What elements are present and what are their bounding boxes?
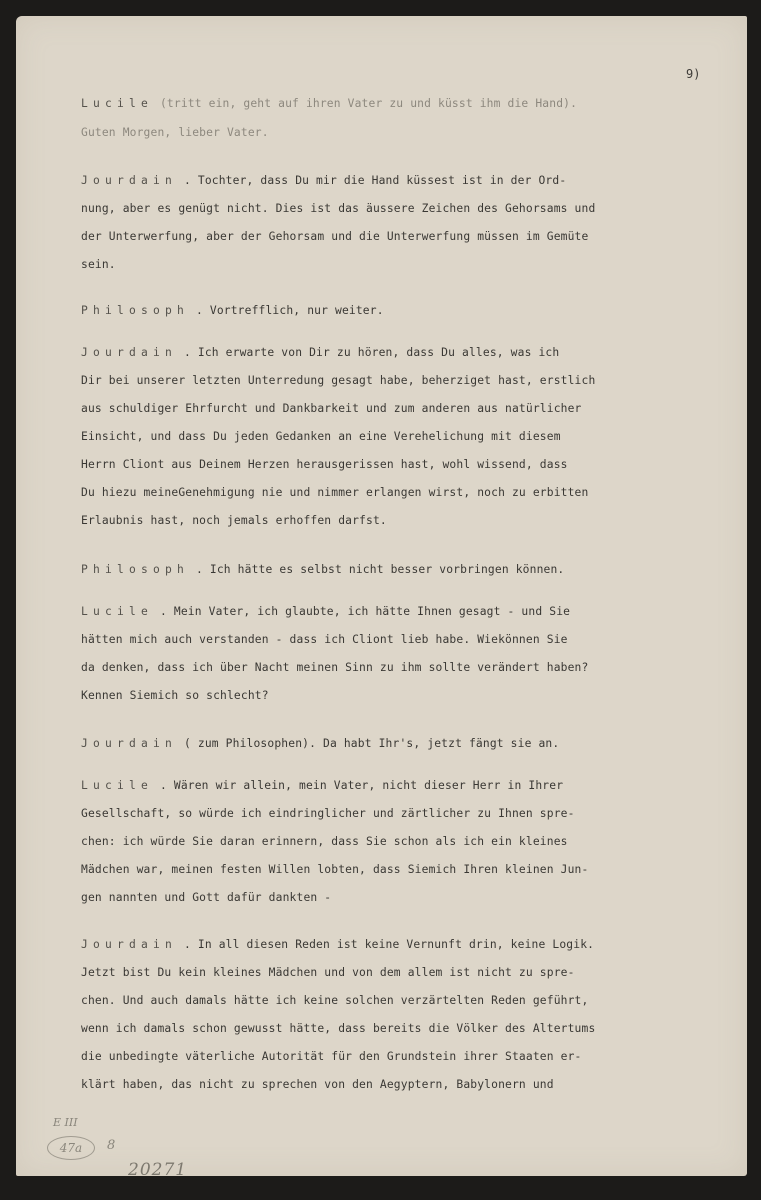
text-line: der Unterwerfung, aber der Gehorsam und … — [81, 229, 588, 245]
text-line: nung, aber es genügt nicht. Dies ist das… — [81, 201, 595, 217]
speaker-name: Jourdain — [81, 938, 177, 951]
speaker-name: Lucile — [81, 779, 153, 792]
text-line: Erlaubnis hast, noch jemals erhoffen dar… — [81, 513, 387, 529]
line-text: wenn ich damals schon gewusst hätte, das… — [81, 1022, 595, 1035]
speech-line: Jourdain . Ich erwarte von Dir zu hören,… — [81, 345, 559, 361]
text-line: Einsicht, und dass Du jeden Gedanken an … — [81, 429, 561, 445]
text-line: Herrn Cliont aus Deinem Herzen herausger… — [81, 457, 568, 473]
speaker-name: Philosoph — [81, 304, 189, 317]
handwritten-inventory-number: 20271 — [128, 1160, 187, 1180]
line-text: Jetzt bist Du kein kleines Mädchen und v… — [81, 966, 575, 979]
line-text: Kennen Siemich so schlecht? — [81, 689, 269, 702]
text-line: chen: ich würde Sie daran erinnern, dass… — [81, 834, 568, 850]
line-text: chen. Und auch damals hätte ich keine so… — [81, 994, 588, 1007]
line-text: sein. — [81, 258, 116, 271]
line-text: . Tochter, dass Du mir die Hand küssest … — [177, 174, 566, 187]
text-line: Mädchen war, meinen festen Willen lobten… — [81, 862, 588, 878]
text-line: hätten mich auch verstanden - dass ich C… — [81, 632, 568, 648]
handwritten-circled-annotation: 47a — [47, 1136, 95, 1160]
speech-line: Jourdain . In all diesen Reden ist keine… — [81, 937, 594, 953]
speaker-name: Jourdain — [81, 737, 177, 750]
line-text: Dir bei unserer letzten Unterredung gesa… — [81, 374, 595, 387]
page-number: 9) — [686, 67, 700, 81]
text-line: Guten Morgen, lieber Vater. — [81, 125, 269, 141]
line-text: . In all diesen Reden ist keine Vernunft… — [177, 938, 594, 951]
line-text: aus schuldiger Ehrfurcht und Dankbarkeit… — [81, 402, 582, 415]
line-text: da denken, dass ich über Nacht meinen Si… — [81, 661, 588, 674]
line-text: . Wären wir allein, mein Vater, nicht di… — [153, 779, 563, 792]
speech-line: Lucile . Mein Vater, ich glaubte, ich hä… — [81, 604, 570, 620]
line-text: Gesellschaft, so würde ich eindringliche… — [81, 807, 575, 820]
line-text: Herrn Cliont aus Deinem Herzen herausger… — [81, 458, 568, 471]
line-text: chen: ich würde Sie daran erinnern, dass… — [81, 835, 568, 848]
text-line: Dir bei unserer letzten Unterredung gesa… — [81, 373, 595, 389]
line-text: (tritt ein, geht auf ihren Vater zu und … — [153, 97, 577, 110]
text-line: sein. — [81, 257, 116, 273]
text-line: die unbedingte väterliche Autorität für … — [81, 1049, 582, 1065]
line-text: klärt haben, das nicht zu sprechen von d… — [81, 1078, 554, 1091]
text-line: klärt haben, das nicht zu sprechen von d… — [81, 1077, 554, 1093]
speaker-name: Lucile — [81, 97, 153, 110]
speaker-name: Lucile — [81, 605, 153, 618]
text-line: Jetzt bist Du kein kleines Mädchen und v… — [81, 965, 575, 981]
line-text: ( zum Philosophen). Da habt Ihr's, jetzt… — [177, 737, 559, 750]
handwritten-folio-annotation: 8 — [107, 1138, 115, 1153]
line-text: . Ich erwarte von Dir zu hören, dass Du … — [177, 346, 559, 359]
speaker-name: Jourdain — [81, 346, 177, 359]
handwritten-roman-annotation: E III — [53, 1116, 78, 1129]
text-line: gen nannten und Gott dafür dankten - — [81, 890, 331, 906]
text-line: aus schuldiger Ehrfurcht und Dankbarkeit… — [81, 401, 582, 417]
line-text: . Vortrefflich, nur weiter. — [189, 304, 384, 317]
line-text: die unbedingte väterliche Autorität für … — [81, 1050, 582, 1063]
line-text: . Mein Vater, ich glaubte, ich hätte Ihn… — [153, 605, 570, 618]
speech-line: Jourdain ( zum Philosophen). Da habt Ihr… — [81, 736, 559, 752]
text-line: wenn ich damals schon gewusst hätte, das… — [81, 1021, 595, 1037]
text-line: Gesellschaft, so würde ich eindringliche… — [81, 806, 575, 822]
line-text: Du hiezu meineGenehmigung nie und nimmer… — [81, 486, 588, 499]
line-text: . Ich hätte es selbst nicht besser vorbr… — [189, 563, 564, 576]
line-text: Erlaubnis hast, noch jemals erhoffen dar… — [81, 514, 387, 527]
speech-line: Philosoph . Vortrefflich, nur weiter. — [81, 303, 384, 319]
line-text: Mädchen war, meinen festen Willen lobten… — [81, 863, 588, 876]
line-text: gen nannten und Gott dafür dankten - — [81, 891, 331, 904]
text-line: chen. Und auch damals hätte ich keine so… — [81, 993, 588, 1009]
speech-line: Jourdain . Tochter, dass Du mir die Hand… — [81, 173, 566, 189]
speaker-name: Jourdain — [81, 174, 177, 187]
speaker-name: Philosoph — [81, 563, 189, 576]
speech-line: Lucile (tritt ein, geht auf ihren Vater … — [81, 96, 577, 112]
line-text: hätten mich auch verstanden - dass ich C… — [81, 633, 568, 646]
text-line: Kennen Siemich so schlecht? — [81, 688, 269, 704]
line-text: Guten Morgen, lieber Vater. — [81, 126, 269, 139]
line-text: nung, aber es genügt nicht. Dies ist das… — [81, 202, 595, 215]
line-text: Einsicht, und dass Du jeden Gedanken an … — [81, 430, 561, 443]
speech-line: Lucile . Wären wir allein, mein Vater, n… — [81, 778, 563, 794]
text-line: Du hiezu meineGenehmigung nie und nimmer… — [81, 485, 588, 501]
speech-line: Philosoph . Ich hätte es selbst nicht be… — [81, 562, 564, 578]
line-text: der Unterwerfung, aber der Gehorsam und … — [81, 230, 588, 243]
text-line: da denken, dass ich über Nacht meinen Si… — [81, 660, 588, 676]
